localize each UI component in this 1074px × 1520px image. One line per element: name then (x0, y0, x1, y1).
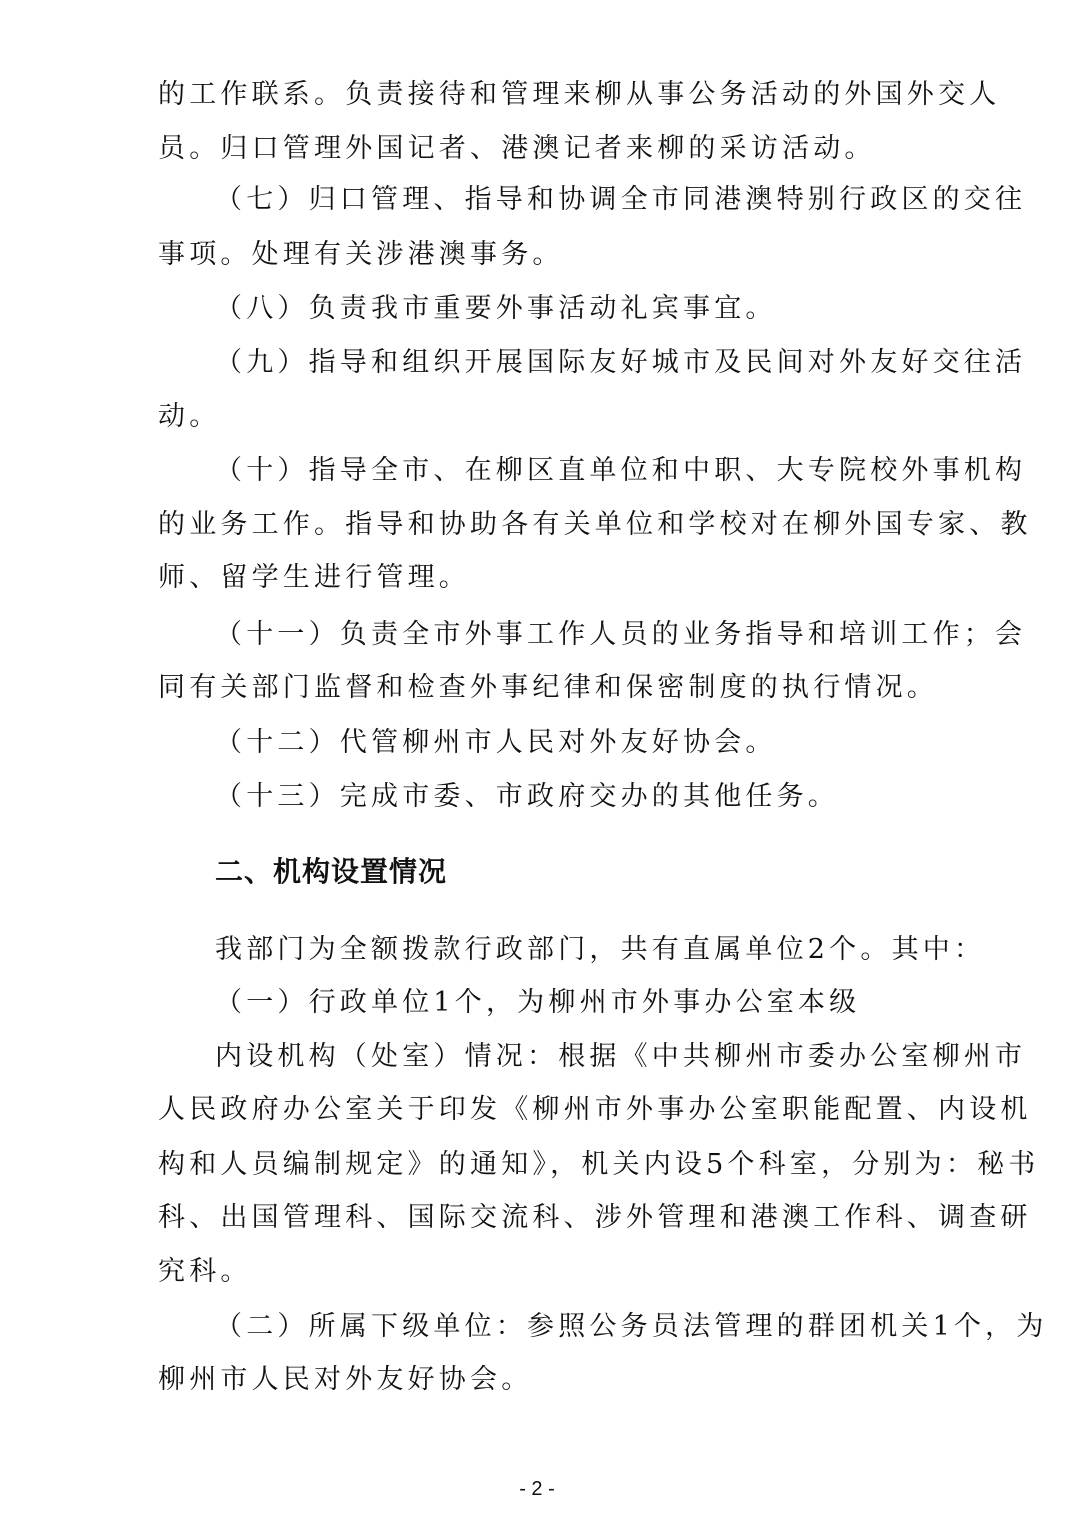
paragraph-line: （二）所属下级单位：参照公务员法管理的群团机关1个，为 (215, 1310, 995, 1344)
paragraph-line: 同有关部门监督和检查外事纪律和保密制度的执行情况。 (158, 671, 938, 705)
paragraph-line: 师、留学生进行管理。 (158, 561, 938, 595)
paragraph-line: （十三）完成市委、市政府交办的其他任务。 (215, 780, 995, 814)
paragraph-line: 柳州市人民对外友好协会。 (158, 1363, 938, 1397)
paragraph-line: 的业务工作。指导和协助各有关单位和学校对在柳外国专家、教 (158, 508, 938, 542)
paragraph-line: 的工作联系。负责接待和管理来柳从事公务活动的外国外交人 (158, 78, 938, 112)
paragraph-line: 动。 (158, 400, 938, 434)
paragraph-line: （十二）代管柳州市人民对外友好协会。 (215, 726, 995, 760)
paragraph-line: 事项。处理有关涉港澳事务。 (158, 238, 938, 272)
paragraph-line: （七）归口管理、指导和协调全市同港澳特别行政区的交往 (215, 183, 995, 217)
paragraph-line: 内设机构（处室）情况：根据《中共柳州市委办公室柳州市 (215, 1040, 995, 1074)
page-number: - 2 - (0, 1478, 1074, 1501)
paragraph-line: 构和人员编制规定》的通知》，机关内设5个科室，分别为：秘书 (158, 1148, 938, 1182)
paragraph-line: （九）指导和组织开展国际友好城市及民间对外友好交往活 (215, 346, 995, 380)
paragraph-line: 科、出国管理科、国际交流科、涉外管理和港澳工作科、调查研 (158, 1201, 938, 1235)
paragraph-line: （十一）负责全市外事工作人员的业务指导和培训工作；会 (215, 618, 995, 652)
section-heading: 二、机构设置情况 (215, 854, 447, 890)
paragraph-line: 人民政府办公室关于印发《柳州市外事办公室职能配置、内设机 (158, 1093, 938, 1127)
document-page: 的工作联系。负责接待和管理来柳从事公务活动的外国外交人 员。归口管理外国记者、港… (0, 0, 1074, 1520)
paragraph-line: 员。归口管理外国记者、港澳记者来柳的采访活动。 (158, 132, 938, 166)
paragraph-line: 究科。 (158, 1255, 938, 1289)
paragraph-line: 我部门为全额拨款行政部门，共有直属单位2个。其中： (215, 933, 995, 967)
paragraph-line: （十）指导全市、在柳区直单位和中职、大专院校外事机构 (215, 454, 995, 488)
paragraph-line: （八）负责我市重要外事活动礼宾事宜。 (215, 292, 995, 326)
paragraph-line: （一）行政单位1个，为柳州市外事办公室本级 (215, 986, 995, 1020)
